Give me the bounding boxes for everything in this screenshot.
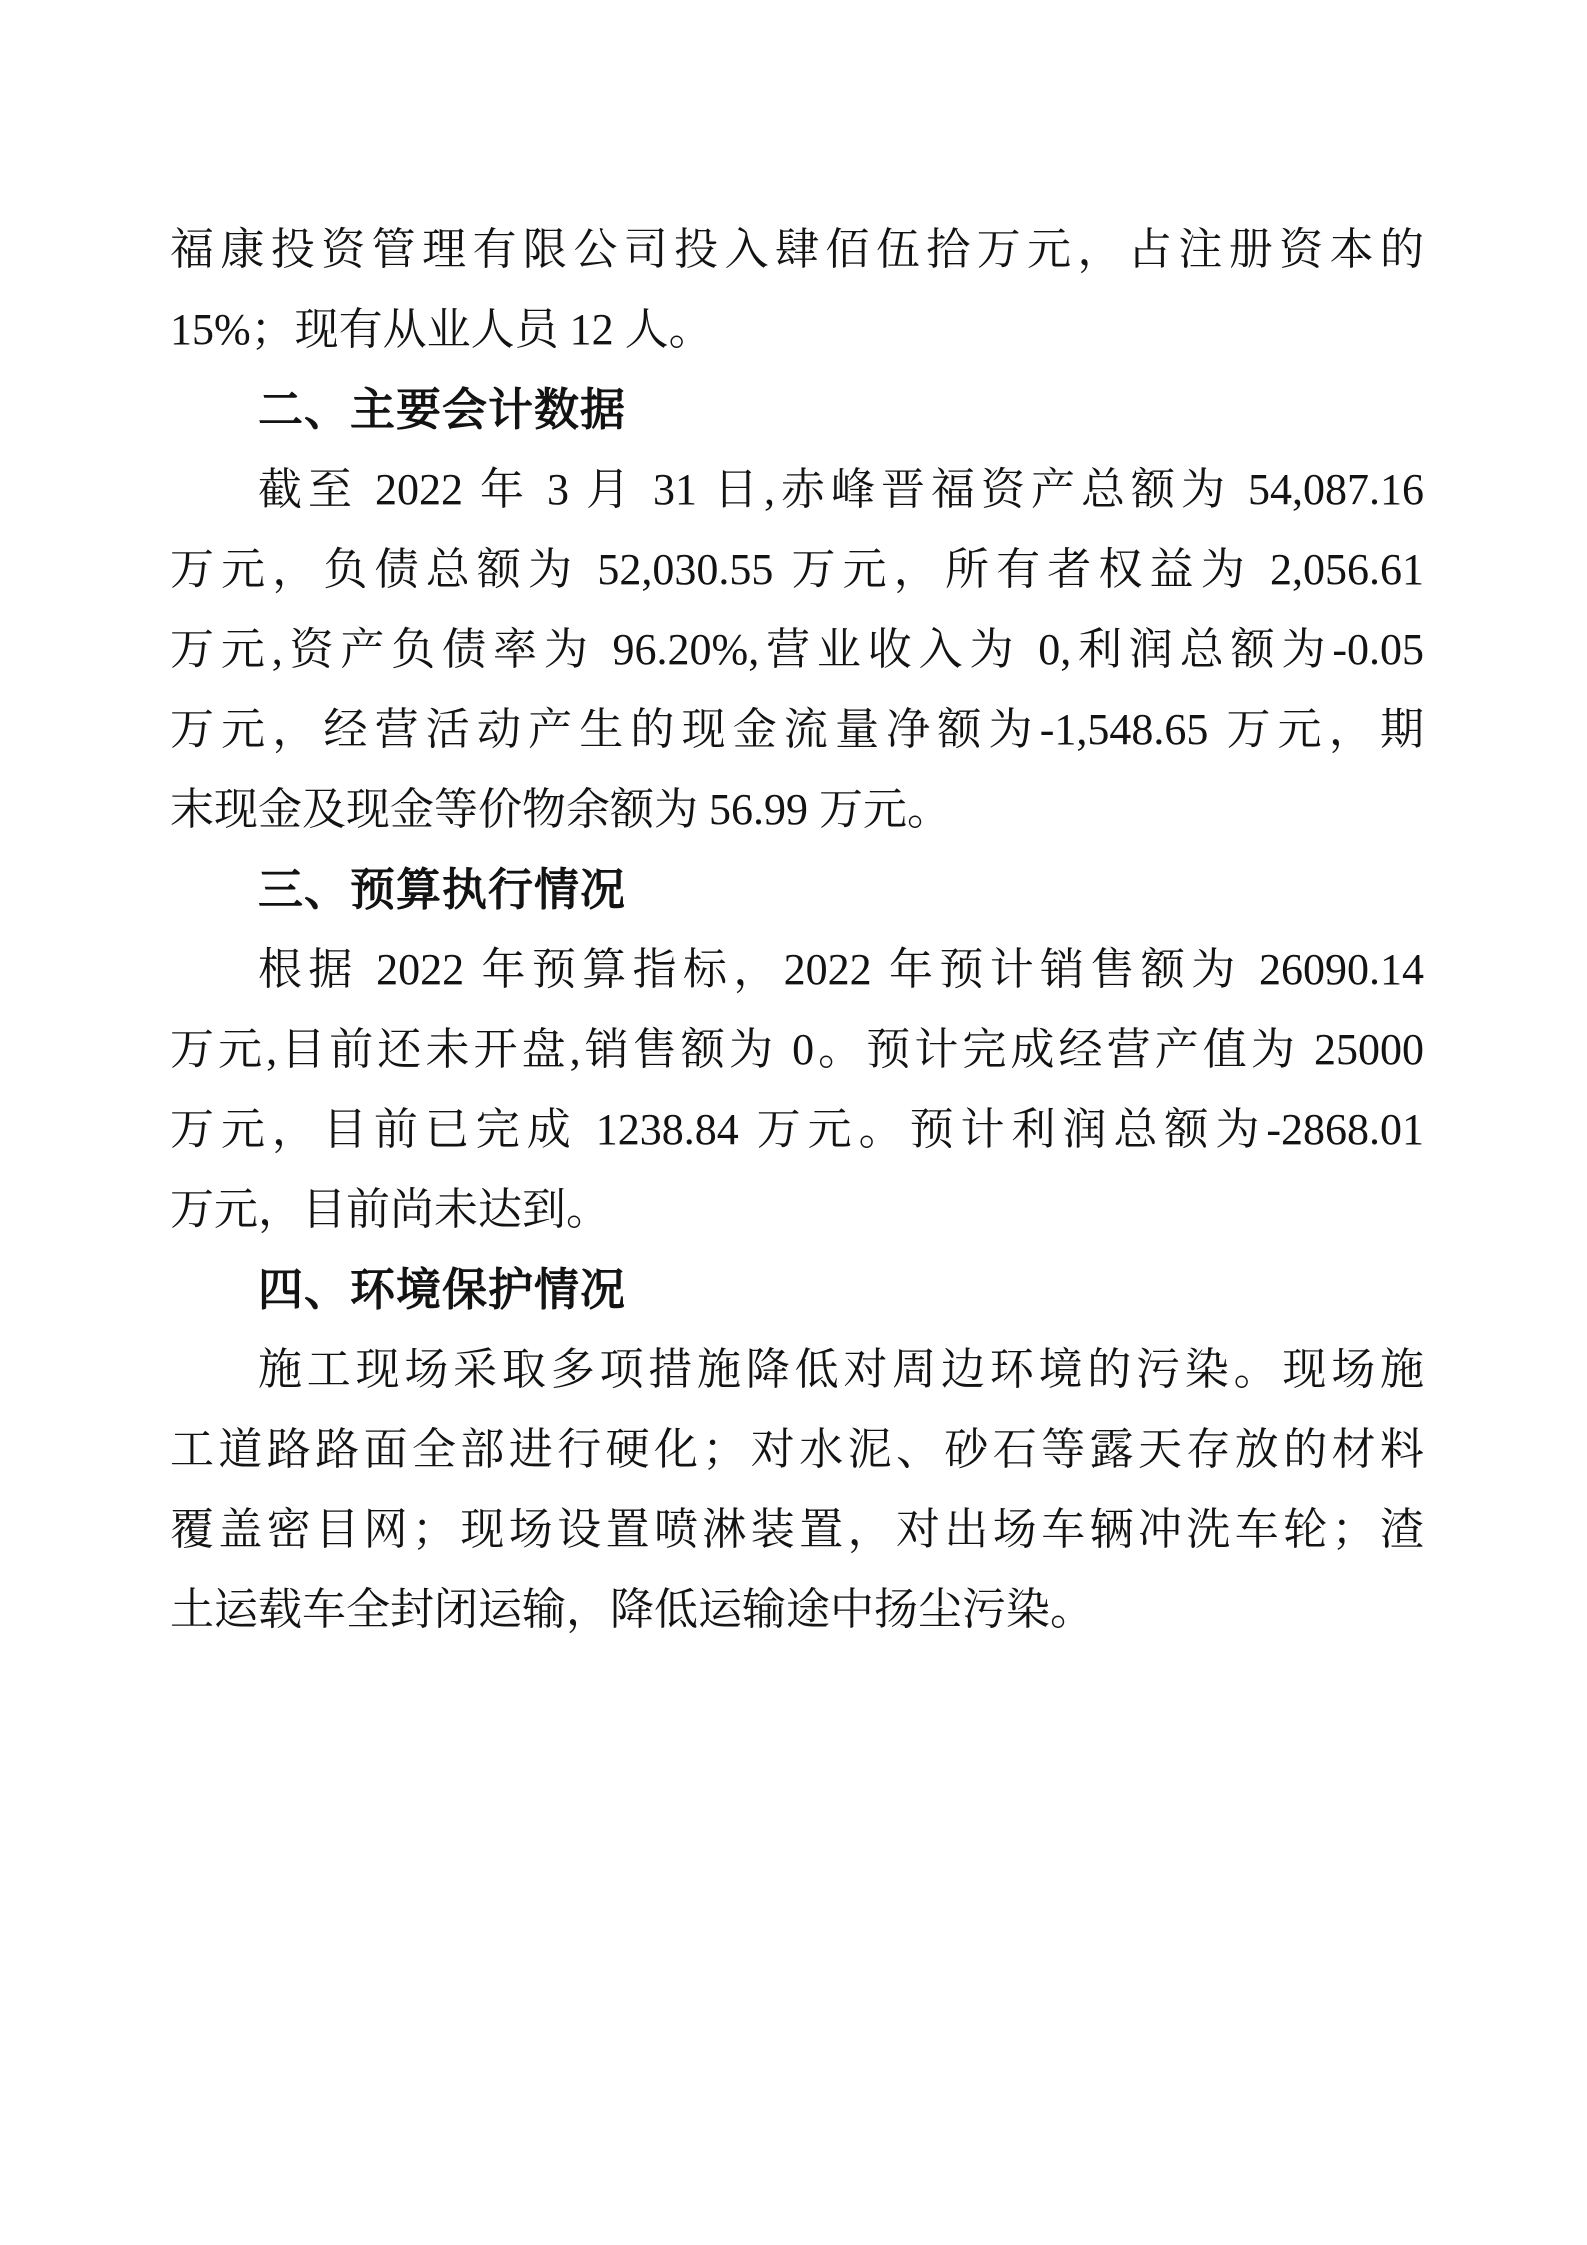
paragraph-accounting-data: 截至 2022 年 3 月 31 日,赤峰晋福资产总额为 54,087.16 万…: [170, 450, 1424, 850]
text-line: 土运载车全封闭运输，降低运输途中扬尘污染。: [170, 1570, 1424, 1650]
document-page: 福康投资管理有限公司投入肆佰伍拾万元，占注册资本的 15%；现有从业人员 12 …: [0, 0, 1587, 2245]
text-line: 覆盖密目网；现场设置喷淋装置，对出场车辆冲洗车轮；渣: [170, 1490, 1424, 1570]
paragraph-capital-contribution: 福康投资管理有限公司投入肆佰伍拾万元，占注册资本的 15%；现有从业人员 12 …: [170, 210, 1424, 370]
text-line: 万元，经营活动产生的现金流量净额为-1,548.65 万元，期: [170, 690, 1424, 770]
heading-section-3-budget-execution: 三、预算执行情况: [170, 850, 1424, 930]
text-line: 万元，目前尚未达到。: [170, 1170, 1424, 1250]
text-line: 福康投资管理有限公司投入肆佰伍拾万元，占注册资本的: [170, 210, 1424, 290]
text-line: 末现金及现金等价物余额为 56.99 万元。: [170, 770, 1424, 850]
paragraph-environmental-protection: 施工现场采取多项措施降低对周边环境的污染。现场施 工道路路面全部进行硬化；对水泥…: [170, 1330, 1424, 1650]
text-line: 施工现场采取多项措施降低对周边环境的污染。现场施: [170, 1330, 1424, 1410]
paragraph-budget-execution: 根据 2022 年预算指标，2022 年预计销售额为 26090.14 万元,目…: [170, 930, 1424, 1250]
heading-section-4-environmental-protection: 四、环境保护情况: [170, 1250, 1424, 1330]
text-line: 万元，目前已完成 1238.84 万元。预计利润总额为-2868.01: [170, 1090, 1424, 1170]
text-line: 万元，负债总额为 52,030.55 万元，所有者权益为 2,056.61: [170, 530, 1424, 610]
text-line: 截至 2022 年 3 月 31 日,赤峰晋福资产总额为 54,087.16: [170, 450, 1424, 530]
text-line: 万元,资产负债率为 96.20%,营业收入为 0,利润总额为-0.05: [170, 610, 1424, 690]
heading-section-2-accounting-data: 二、主要会计数据: [170, 370, 1424, 450]
text-line: 根据 2022 年预算指标，2022 年预计销售额为 26090.14: [170, 930, 1424, 1010]
text-line: 万元,目前还未开盘,销售额为 0。预计完成经营产值为 25000: [170, 1010, 1424, 1090]
text-line: 工道路路面全部进行硬化；对水泥、砂石等露天存放的材料: [170, 1410, 1424, 1490]
text-line: 15%；现有从业人员 12 人。: [170, 290, 1424, 370]
